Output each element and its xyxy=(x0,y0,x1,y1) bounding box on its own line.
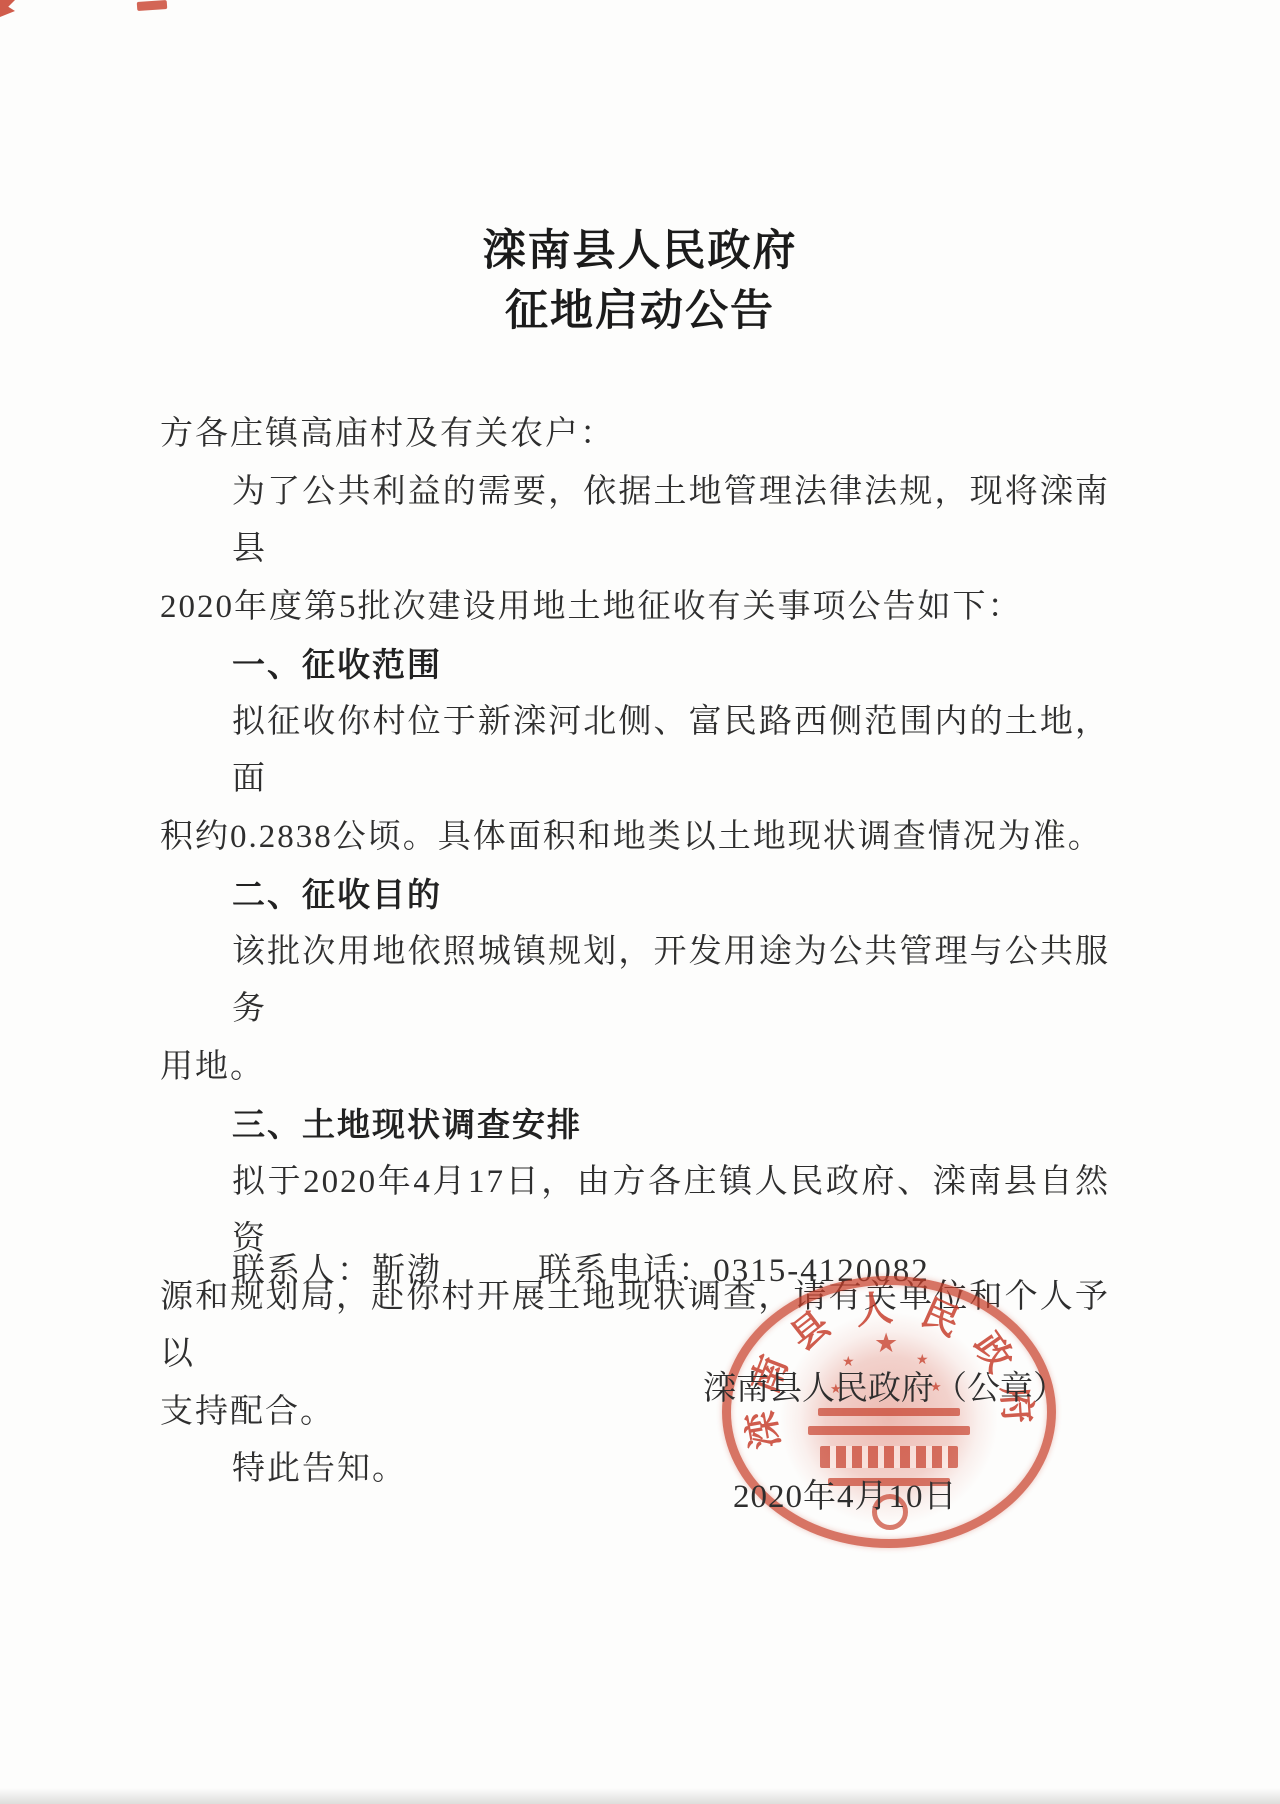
body-line: 该批次用地依照城镇规划，开发用途为公共管理与公共服务 xyxy=(160,924,1110,1039)
seal-ring-char: 滦 xyxy=(740,1406,790,1453)
body-line: 拟征收你村位于新滦河北侧、富民路西侧范围内的土地，面 xyxy=(160,694,1110,809)
scan-edge xyxy=(0,1788,1280,1804)
section-heading: 二、征收目的 xyxy=(160,866,1110,924)
body-line: 2020年度第5批次建设用地土地征收有关事项公告如下： xyxy=(160,579,1110,637)
section-heading: 一、征收范围 xyxy=(160,636,1110,694)
body-line: 方各庄镇高庙村及有关农户： xyxy=(160,406,1110,464)
seal-ring-char: 人 xyxy=(851,1286,896,1335)
scan-artifact-dash xyxy=(137,0,168,11)
signature-line: 滦南县人民政府（公章） xyxy=(703,1362,1066,1409)
body-line: 为了公共利益的需要，依据土地管理法律法规，现将滦南县 xyxy=(160,464,1110,579)
body-line: 用地。 xyxy=(160,1039,1110,1097)
star-icon: ★ xyxy=(874,1330,898,1357)
document-page: 滦南县人民政府 征地启动公告 方各庄镇高庙村及有关农户：为了公共利益的需要，依据… xyxy=(0,0,1280,1804)
emblem-gate-columns xyxy=(820,1446,958,1468)
emblem-gate-eave xyxy=(808,1426,970,1435)
title-line-government: 滦南县人民政府 xyxy=(0,222,1280,282)
section-heading: 三、土地现状调查安排 xyxy=(160,1096,1110,1154)
scan-artifact-corner xyxy=(0,0,15,17)
emblem-gate-roof xyxy=(818,1408,960,1416)
contact-person: 联系人：靳渤 xyxy=(232,1253,442,1289)
title-line-notice: 征地启动公告 xyxy=(0,282,1280,342)
date-line: 2020年4月10日 xyxy=(733,1470,958,1517)
body-line: 积约0.2838公顷。具体面积和地类以土地现状调查情况为准。 xyxy=(160,809,1110,867)
document-title: 滦南县人民政府 征地启动公告 xyxy=(0,222,1280,342)
